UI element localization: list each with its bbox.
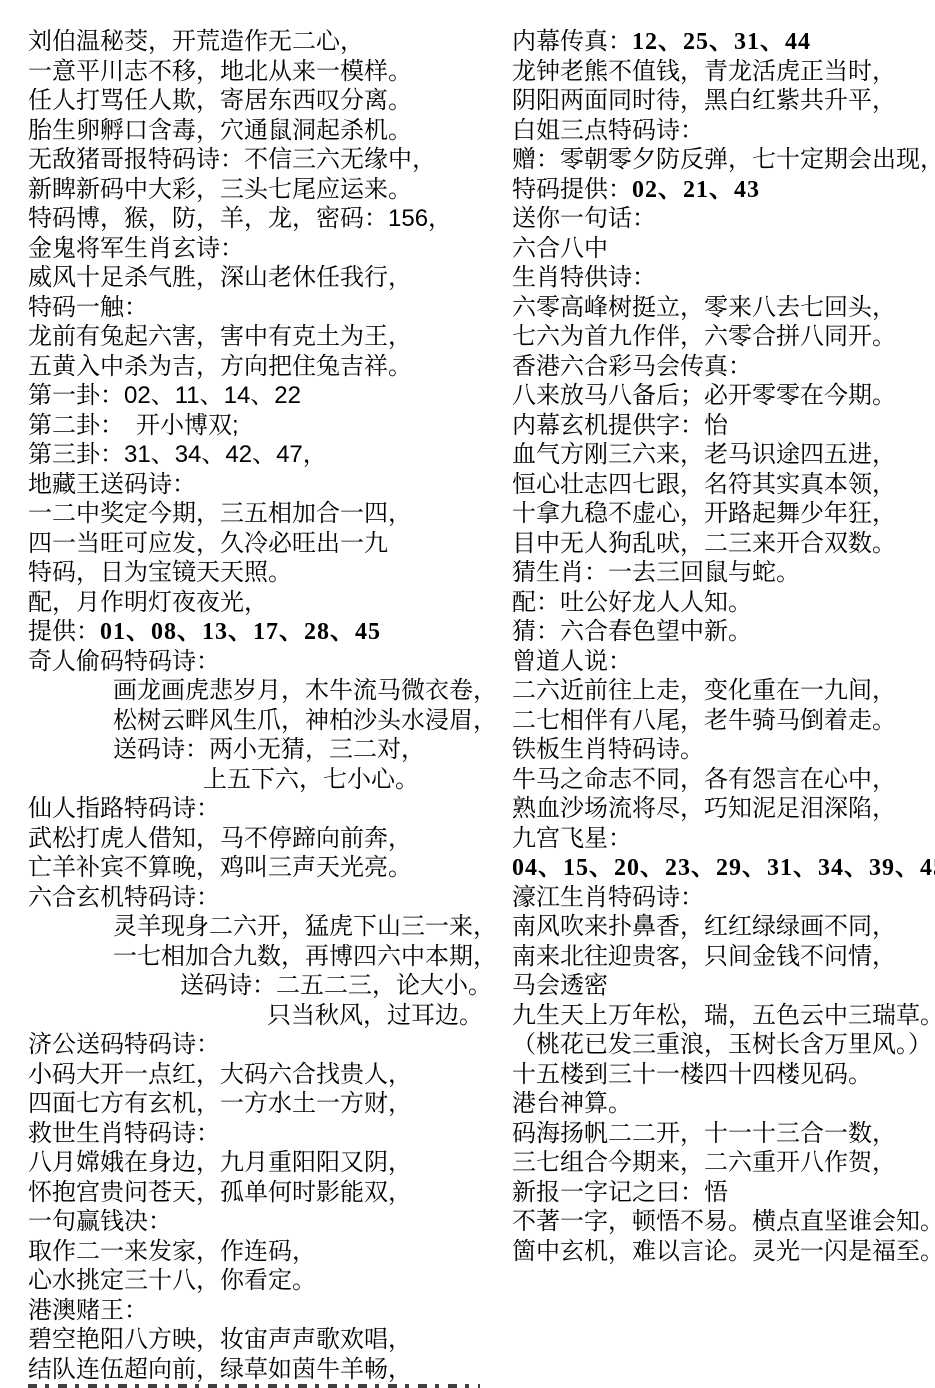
text-line: 第三卦：31、34、42、47， xyxy=(28,440,506,470)
text-segment: 八月嫦娥在身边，九月重阳阳又阴， xyxy=(28,1149,412,1176)
text-segment: 胎生卵孵口含毒，穴通鼠洞起杀机。 xyxy=(28,117,412,144)
text-line: 港台神算。 xyxy=(512,1089,935,1119)
text-segment: 四一当旺可应发，久冷必旺出一九 xyxy=(28,530,388,557)
text-line: 亡羊补宾不算晚，鸡叫三声天光亮。 xyxy=(28,853,506,883)
text-segment: 亡羊补宾不算晚，鸡叫三声天光亮。 xyxy=(28,854,412,881)
text-segment: 提供： xyxy=(28,618,100,645)
text-segment: 送码诗：二五二三，论大小。 xyxy=(180,972,492,999)
text-segment: 五黄入中杀为吉，方向把住兔吉祥。 xyxy=(28,353,412,380)
text-segment: 一二中奖定今期，三五相加合一四， xyxy=(28,500,412,527)
text-line: 地藏王送码诗： xyxy=(28,470,506,500)
text-segment: 一七相加合九数，再博四六中本期， xyxy=(113,943,497,970)
text-segment: 碧空艳阳八方映，妆宙声声歌欢唱， xyxy=(28,1326,412,1353)
text-segment: 二六近前往上走，变化重在一九间， xyxy=(512,677,896,704)
text-segment: 取作二一来发家，作连码， xyxy=(28,1238,316,1265)
text-line: 八月嫦娥在身边，九月重阳阳又阴， xyxy=(28,1148,506,1178)
text-line: 配：吐公好龙人人知。 xyxy=(512,588,935,618)
text-line: 特码，日为宝镜天天照。 xyxy=(28,558,506,588)
text-line: 牛马之命志不同，各有怨言在心中， xyxy=(512,765,935,795)
text-line: 九生天上万年松，瑞，五色云中三瑞草。 xyxy=(512,1001,935,1031)
text-segment: 特码博，猴，防，羊，龙，密码：156， xyxy=(28,205,452,232)
text-line: 生肖特供诗： xyxy=(512,263,935,293)
text-segment: 港台神算。 xyxy=(512,1090,632,1117)
right-text-column: 内幕传真：12、25、31、44龙钟老熊不值钱，青龙活虎正当时，阴阳两面同时待，… xyxy=(512,27,935,1266)
text-segment: 铁板生肖特码诗。 xyxy=(512,736,704,763)
text-line: 松树云畔风生爪，神柏沙头水浸眉， xyxy=(28,706,506,736)
text-segment: 八来放马八备后；必开零零在今期。 xyxy=(512,382,896,409)
text-line: 碧空艳阳八方映，妆宙声声歌欢唱， xyxy=(28,1325,506,1355)
text-segment: 特码一触： xyxy=(28,294,148,321)
text-line: 第二卦： 开小博双; xyxy=(28,411,506,441)
text-segment: 马会透密 xyxy=(512,972,608,999)
text-segment: 恒心壮志四七跟，名符其实真本领， xyxy=(512,471,896,498)
number-sequence: 02、21、43 xyxy=(632,177,760,203)
text-line: 金鬼将军生肖玄诗： xyxy=(28,234,506,264)
text-line: 铁板生肖特码诗。 xyxy=(512,735,935,765)
text-line: 小码大开一点红，大码六合找贵人， xyxy=(28,1060,506,1090)
text-line: 五黄入中杀为吉，方向把住兔吉祥。 xyxy=(28,352,506,382)
text-segment: 不著一字，顿悟不易。横点直坚谁会知。 xyxy=(512,1208,935,1235)
left-text-column: 刘伯温秘茭，开荒造作无二心，一意平川志不移，地北从来一模样。任人打骂任人欺，寄居… xyxy=(28,27,506,1384)
text-line: 南来北往迎贵客，只间金钱不问情， xyxy=(512,942,935,972)
text-segment: 龙钟老熊不值钱，青龙活虎正当时， xyxy=(512,58,896,85)
text-segment: 熟血沙场流将尽，巧知泥足泪深陷， xyxy=(512,795,896,822)
text-line: 血气方刚三六来，老马识途四五进， xyxy=(512,440,935,470)
text-line: 六零高峰树挺立，零来八去七回头， xyxy=(512,293,935,323)
text-segment: 南来北往迎贵客，只间金钱不问情， xyxy=(512,943,896,970)
text-line: 六合八中 xyxy=(512,234,935,264)
text-line: 九宫飞星： xyxy=(512,824,935,854)
text-line: 一七相加合九数，再博四六中本期， xyxy=(28,942,506,972)
text-segment: 阴阳两面同时待，黑白红紫共升平， xyxy=(512,87,896,114)
text-segment: 画龙画虎悲岁月，木牛流马微衣卷， xyxy=(113,677,497,704)
text-line: 济公送码特码诗： xyxy=(28,1030,506,1060)
text-segment: 松树云畔风生爪，神柏沙头水浸眉， xyxy=(113,707,497,734)
text-line: 港澳赌王： xyxy=(28,1296,506,1326)
text-line: 十五楼到三十一楼四十四楼见码。 xyxy=(512,1060,935,1090)
text-segment: 送码诗：两小无猜，三二对， xyxy=(113,736,425,763)
text-segment: 六合八中 xyxy=(512,235,608,262)
text-segment: 牛马之命志不同，各有怨言在心中， xyxy=(512,766,896,793)
text-line: 二七相伴有八尾，老牛骑马倒着走。 xyxy=(512,706,935,736)
text-line: 八来放马八备后；必开零零在今期。 xyxy=(512,381,935,411)
text-segment: 地藏王送码诗： xyxy=(28,471,196,498)
text-segment: 新报一字记之曰：悟 xyxy=(512,1179,728,1206)
text-line: 无敌猪哥报特码诗：不信三六无缘中， xyxy=(28,145,506,175)
text-line: 特码一触： xyxy=(28,293,506,323)
text-line: 龙前有兔起六害，害中有克土为王， xyxy=(28,322,506,352)
text-segment: （桃花已发三重浪，玉树长含万里风。） xyxy=(512,1031,932,1058)
clipped-text-line-fragment xyxy=(28,1384,480,1388)
text-line: 不著一字，顿悟不易。横点直坚谁会知。 xyxy=(512,1207,935,1237)
text-segment: 曾道人说： xyxy=(512,648,632,675)
text-segment: 新睥新码中大彩，三头七尾应运来。 xyxy=(28,176,412,203)
document-page: 刘伯温秘茭，开荒造作无二心，一意平川志不移，地北从来一模样。任人打骂任人欺，寄居… xyxy=(0,0,935,1388)
text-line: 救世生肖特码诗： xyxy=(28,1119,506,1149)
text-line: 提供：01、08、13、17、28、45 xyxy=(28,617,506,647)
text-segment: 只当秋风，过耳边。 xyxy=(267,1002,483,1029)
text-segment: 任人打骂任人欺，寄居东西叹分离。 xyxy=(28,87,412,114)
text-segment: 第三卦：31、34、42、47， xyxy=(28,441,327,468)
text-line: 猜：六合春色望中新。 xyxy=(512,617,935,647)
text-segment: 二七相伴有八尾，老牛骑马倒着走。 xyxy=(512,707,896,734)
text-segment: 救世生肖特码诗： xyxy=(28,1120,220,1147)
text-segment: 三七组合今期来，二六重开八作贺， xyxy=(512,1149,896,1176)
text-segment: 猜生肖：一去三回鼠与蛇。 xyxy=(512,559,800,586)
text-line: 香港六合彩马会传真： xyxy=(512,352,935,382)
number-sequence: 12、25、31、44 xyxy=(632,29,811,55)
text-line: 任人打骂任人欺，寄居东西叹分离。 xyxy=(28,86,506,116)
text-segment: 赠：零朝零夕防反弹，七十定期会出现， xyxy=(512,146,935,173)
text-line: 第一卦：02、11、14、22 xyxy=(28,381,506,411)
text-line: 04、15、20、23、29、31、34、39、45. xyxy=(512,853,935,883)
text-line: 码海扬帆二二开，十一十三合一数， xyxy=(512,1119,935,1149)
text-line: 送码诗：二五二三，论大小。 xyxy=(28,971,506,1001)
number-sequence: 04、15、20、23、29、31、34、39、45. xyxy=(512,855,935,881)
text-segment: 七六为首九作伴，六零合拼八同开。 xyxy=(512,323,896,350)
text-line: 取作二一来发家，作连码， xyxy=(28,1237,506,1267)
text-segment: 配，月作明灯夜夜光， xyxy=(28,589,268,616)
text-segment: 小码大开一点红，大码六合找贵人， xyxy=(28,1061,412,1088)
text-segment: 濠江生肖特码诗： xyxy=(512,884,704,911)
text-line: 恒心壮志四七跟，名符其实真本领， xyxy=(512,470,935,500)
text-line: 上五下六，七小心。 xyxy=(28,765,506,795)
text-segment: 心水挑定三十八，你看定。 xyxy=(28,1267,316,1294)
text-line: 一句赢钱决： xyxy=(28,1207,506,1237)
text-line: （桃花已发三重浪，玉树长含万里风。） xyxy=(512,1030,935,1060)
text-segment: 济公送码特码诗： xyxy=(28,1031,220,1058)
text-line: 送你一句话： xyxy=(512,204,935,234)
text-segment: 无敌猪哥报特码诗：不信三六无缘中， xyxy=(28,146,436,173)
text-line: 四一当旺可应发，久冷必旺出一九 xyxy=(28,529,506,559)
text-segment: 四面七方有玄机，一方水土一方财， xyxy=(28,1090,412,1117)
text-segment: 内幕传真： xyxy=(512,28,632,55)
text-line: 威风十足杀气胜，深山老休任我行， xyxy=(28,263,506,293)
text-segment: 第二卦： 开小博双; xyxy=(28,412,239,439)
text-segment: 龙前有兔起六害，害中有克土为王， xyxy=(28,323,412,350)
text-line: 怀抱宫贵问苍天，孤单何时影能双， xyxy=(28,1178,506,1208)
text-segment: 内幕玄机提供字：怡 xyxy=(512,412,728,439)
text-line: 曾道人说： xyxy=(512,647,935,677)
text-line: 特码提供：02、21、43 xyxy=(512,175,935,205)
text-line: 一意平川志不移，地北从来一模样。 xyxy=(28,57,506,87)
text-segment: 一句赢钱决： xyxy=(28,1208,172,1235)
text-segment: 奇人偷码特码诗： xyxy=(28,648,220,675)
text-segment: 码海扬帆二二开，十一十三合一数， xyxy=(512,1120,896,1147)
text-segment: 结队连伍超向前，绿草如茵牛羊畅， xyxy=(28,1356,412,1383)
text-segment: 六合玄机特码诗： xyxy=(28,884,220,911)
text-segment: 上五下六，七小心。 xyxy=(203,766,419,793)
text-segment: 白姐三点特码诗： xyxy=(512,117,704,144)
text-line: 六合玄机特码诗： xyxy=(28,883,506,913)
text-line: 龙钟老熊不值钱，青龙活虎正当时， xyxy=(512,57,935,87)
text-segment: 香港六合彩马会传真： xyxy=(512,353,752,380)
text-line: 新报一字记之曰：悟 xyxy=(512,1178,935,1208)
text-line: 七六为首九作伴，六零合拼八同开。 xyxy=(512,322,935,352)
text-segment: 九宫飞星： xyxy=(512,825,632,852)
text-line: 特码博，猴，防，羊，龙，密码：156， xyxy=(28,204,506,234)
text-segment: 金鬼将军生肖玄诗： xyxy=(28,235,244,262)
text-line: 结队连伍超向前，绿草如茵牛羊畅， xyxy=(28,1355,506,1385)
text-line: 心水挑定三十八，你看定。 xyxy=(28,1266,506,1296)
text-segment: 仙人指路特码诗： xyxy=(28,795,220,822)
text-line: 阴阳两面同时待，黑白红紫共升平， xyxy=(512,86,935,116)
text-line: 奇人偷码特码诗： xyxy=(28,647,506,677)
text-line: 武松打虎人借知，马不停蹄向前奔， xyxy=(28,824,506,854)
text-line: 十拿九稳不虚心，开路起舞少年狂， xyxy=(512,499,935,529)
text-line: 白姐三点特码诗： xyxy=(512,116,935,146)
text-line: 赠：零朝零夕防反弹，七十定期会出现， xyxy=(512,145,935,175)
text-segment: 一意平川志不移，地北从来一模样。 xyxy=(28,58,412,85)
text-line: 熟血沙场流将尽，巧知泥足泪深陷， xyxy=(512,794,935,824)
text-segment: 送你一句话： xyxy=(512,205,656,232)
text-line: 南风吹来扑鼻香，红红绿绿画不同， xyxy=(512,912,935,942)
text-line: 三七组合今期来，二六重开八作贺， xyxy=(512,1148,935,1178)
text-line: 内幕传真：12、25、31、44 xyxy=(512,27,935,57)
text-segment: 猜：六合春色望中新。 xyxy=(512,618,752,645)
text-segment: 六零高峰树挺立，零来八去七回头， xyxy=(512,294,896,321)
text-line: 内幕玄机提供字：怡 xyxy=(512,411,935,441)
text-line: 四面七方有玄机，一方水土一方财， xyxy=(28,1089,506,1119)
text-segment: 配：吐公好龙人人知。 xyxy=(512,589,752,616)
text-segment: 港澳赌王： xyxy=(28,1297,148,1324)
text-segment: 第一卦：02、11、14、22 xyxy=(28,382,301,409)
text-line: 只当秋风，过耳边。 xyxy=(28,1001,506,1031)
text-segment: 南风吹来扑鼻香，红红绿绿画不同， xyxy=(512,913,896,940)
number-sequence: 01、08、13、17、28、45 xyxy=(100,619,381,645)
text-segment: 怀抱宫贵问苍天，孤单何时影能双， xyxy=(28,1179,412,1206)
text-segment: 目中无人狗乱吠，二三来开合双数。 xyxy=(512,530,896,557)
text-segment: 九生天上万年松，瑞，五色云中三瑞草。 xyxy=(512,1002,935,1029)
text-segment: 武松打虎人借知，马不停蹄向前奔， xyxy=(28,825,412,852)
text-line: 目中无人狗乱吠，二三来开合双数。 xyxy=(512,529,935,559)
text-line: 箇中玄机，难以言论。灵光一闪是福至。 xyxy=(512,1237,935,1267)
text-line: 二六近前往上走，变化重在一九间， xyxy=(512,676,935,706)
text-line: 一二中奖定今期，三五相加合一四， xyxy=(28,499,506,529)
text-segment: 箇中玄机，难以言论。灵光一闪是福至。 xyxy=(512,1238,935,1265)
text-line: 刘伯温秘茭，开荒造作无二心， xyxy=(28,27,506,57)
text-line: 画龙画虎悲岁月，木牛流马微衣卷， xyxy=(28,676,506,706)
text-line: 新睥新码中大彩，三头七尾应运来。 xyxy=(28,175,506,205)
text-line: 灵羊现身二六开，猛虎下山三一来， xyxy=(28,912,506,942)
text-segment: 特码提供： xyxy=(512,176,632,203)
text-segment: 特码，日为宝镜天天照。 xyxy=(28,559,292,586)
text-line: 马会透密 xyxy=(512,971,935,1001)
text-line: 送码诗：两小无猜，三二对， xyxy=(28,735,506,765)
text-line: 配，月作明灯夜夜光， xyxy=(28,588,506,618)
text-line: 胎生卵孵口含毒，穴通鼠洞起杀机。 xyxy=(28,116,506,146)
text-segment: 生肖特供诗： xyxy=(512,264,656,291)
text-segment: 威风十足杀气胜，深山老休任我行， xyxy=(28,264,412,291)
text-line: 仙人指路特码诗： xyxy=(28,794,506,824)
text-segment: 血气方刚三六来，老马识途四五进， xyxy=(512,441,896,468)
text-segment: 刘伯温秘茭，开荒造作无二心， xyxy=(28,28,364,55)
text-segment: 十拿九稳不虚心，开路起舞少年狂， xyxy=(512,500,896,527)
text-line: 猜生肖：一去三回鼠与蛇。 xyxy=(512,558,935,588)
text-segment: 十五楼到三十一楼四十四楼见码。 xyxy=(512,1061,872,1088)
text-line: 濠江生肖特码诗： xyxy=(512,883,935,913)
text-segment: 灵羊现身二六开，猛虎下山三一来， xyxy=(113,913,497,940)
